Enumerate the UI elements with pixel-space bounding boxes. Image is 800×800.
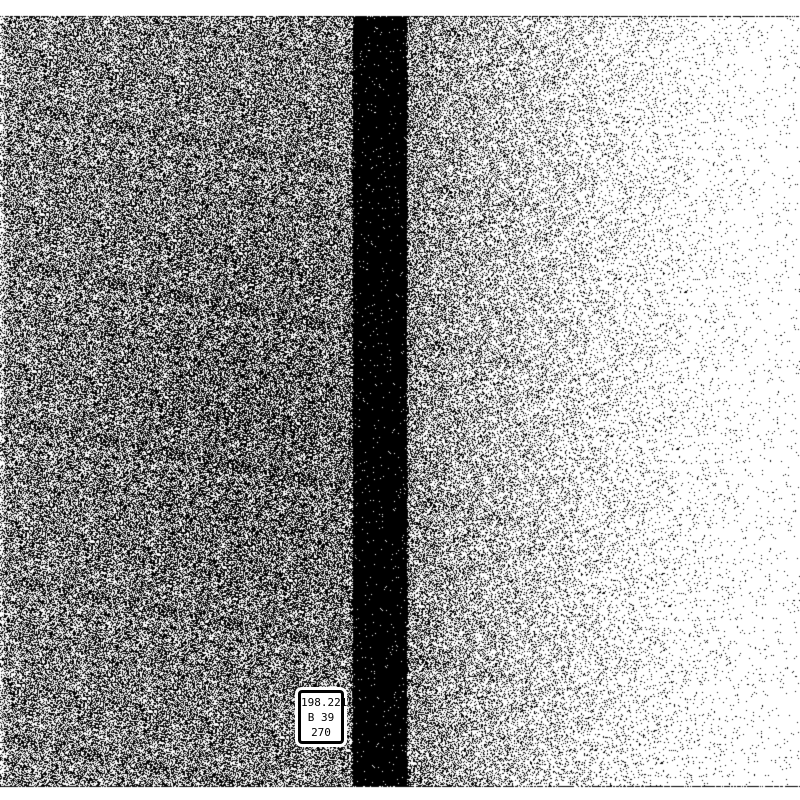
book-cover-scan: 198.221 B 39 270 [0,0,800,800]
speckled-cover-texture [0,0,800,800]
call-number-label: 198.221 B 39 270 [298,690,344,744]
call-number-line-2: B 39 [301,710,341,725]
call-number-line-3: 270 [301,725,341,740]
call-number-line-1: 198.221 [301,695,341,710]
